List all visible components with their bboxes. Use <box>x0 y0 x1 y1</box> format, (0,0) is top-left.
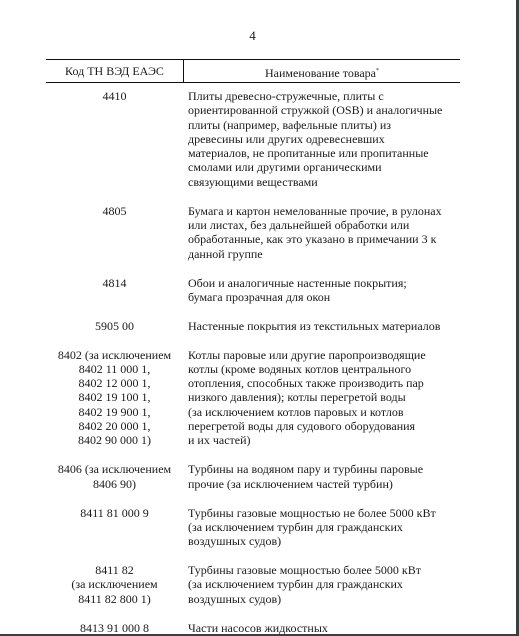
goods-description-line: материалов, не пропитанные или пропитанн… <box>188 146 460 160</box>
goods-description-line: Обои и аналогичные настенные покрытия; <box>188 276 460 290</box>
goods-description-line: Турбины газовые мощностью более 5000 кВт <box>188 563 460 577</box>
goods-description-line: Турбины газовые мощностью не более 5000 … <box>188 506 460 520</box>
goods-description: Настенные покрытия из текстильных матери… <box>188 319 460 333</box>
hs-code-line: (за исключением <box>46 577 183 591</box>
goods-description-line: связующими веществами <box>188 175 460 189</box>
table-header: Код ТН ВЭД ЕАЭС Наименование товара* <box>46 59 460 83</box>
goods-description-line: отопления, способных также производить п… <box>188 376 460 390</box>
goods-description-line: Турбины на водяном пару и турбины паровы… <box>188 462 460 476</box>
hs-code: 8413 91 000 8 <box>46 621 183 635</box>
goods-description: Части насосов жидкостных <box>188 621 460 635</box>
hs-code-line: 4410 <box>46 89 183 103</box>
goods-description-line: бумага прозрачная для окон <box>188 290 460 304</box>
hs-code: 4410 <box>46 89 183 103</box>
goods-description-line: (за исключением турбин для гражданских <box>188 520 460 534</box>
hs-code-line: 8411 82 <box>46 563 183 577</box>
hs-code: 8411 81 000 9 <box>46 506 183 520</box>
goods-description-line: смолами или другими органическими <box>188 160 460 174</box>
goods-description: Бумага и картон немелованные прочие, в р… <box>188 204 460 261</box>
goods-description-line: Настенные покрытия из текстильных матери… <box>188 319 460 333</box>
goods-description-line: котлы (кроме водяных котлов центрального <box>188 362 460 376</box>
goods-description-line: (за исключением турбин для гражданских <box>188 577 460 591</box>
goods-description: Турбины газовые мощностью более 5000 кВт… <box>188 563 460 606</box>
goods-description-line: Части насосов жидкостных <box>188 621 460 635</box>
goods-description-line: или листах, без дальнейшей обработки или <box>188 218 460 232</box>
hs-code-line: 4805 <box>46 204 183 218</box>
hs-code-line: 8406 (за исключением <box>46 462 183 476</box>
goods-description-line: перегретой воды для судового оборудовани… <box>188 419 460 433</box>
hs-code-line: 8402 20 000 1, <box>46 419 183 433</box>
goods-description: Котлы паровые или другие паропроизводящи… <box>188 348 460 448</box>
header-name: Наименование товара* <box>184 60 460 82</box>
hs-code-line: 8402 12 000 1, <box>46 376 183 390</box>
hs-code-line: 8406 90) <box>46 477 183 491</box>
goods-description-line: и их частей) <box>188 433 460 447</box>
hs-code-line: 8411 81 000 9 <box>46 506 183 520</box>
goods-description-line: древесины или других одревесневших <box>188 132 460 146</box>
footnote-mark: * <box>376 68 379 74</box>
goods-description: Плиты древесно-стружечные, плиты сориент… <box>188 89 460 189</box>
hs-code-line: 8413 91 000 8 <box>46 621 183 635</box>
page-number: 4 <box>0 28 505 44</box>
hs-code-line: 5905 00 <box>46 319 183 333</box>
goods-description-line: низкого давления); котлы перегретой воды <box>188 390 460 404</box>
hs-code-line: 8411 82 800 1) <box>46 592 183 606</box>
hs-code: 4805 <box>46 204 183 218</box>
hs-code-line: 8402 19 900 1, <box>46 405 183 419</box>
goods-description-line: Котлы паровые или другие паропроизводящи… <box>188 348 460 362</box>
hs-code-line: 8402 19 100 1, <box>46 390 183 404</box>
goods-description-line: ориентированной стружкой (OSB) и аналоги… <box>188 103 460 117</box>
hs-code-line: 8402 11 000 1, <box>46 362 183 376</box>
hs-code-line: 4814 <box>46 276 183 290</box>
goods-description: Обои и аналогичные настенные покрытия;бу… <box>188 276 460 305</box>
hs-code: 8406 (за исключением8406 90) <box>46 462 183 491</box>
goods-description: Турбины газовые мощностью не более 5000 … <box>188 506 460 549</box>
goods-description-line: (за исключением котлов паровых и котлов <box>188 405 460 419</box>
hs-code-line: 8402 90 000 1) <box>46 433 183 447</box>
hs-code: 8411 82(за исключением8411 82 800 1) <box>46 563 183 606</box>
goods-description-line: воздушных судов) <box>188 534 460 548</box>
goods-description-line: обработанные, как это указано в примечан… <box>188 232 460 246</box>
goods-description-line: данной группе <box>188 247 460 261</box>
hs-code: 4814 <box>46 276 183 290</box>
hs-code: 5905 00 <box>46 319 183 333</box>
goods-description-line: прочие (за исключением частей турбин) <box>188 477 460 491</box>
hs-code: 8402 (за исключением8402 11 000 1,8402 1… <box>46 348 183 448</box>
goods-description-line: Плиты древесно-стружечные, плиты с <box>188 89 460 103</box>
goods-table: Код ТН ВЭД ЕАЭС Наименование товара* 441… <box>46 59 460 83</box>
header-code: Код ТН ВЭД ЕАЭС <box>46 60 184 82</box>
goods-description-line: плиты (например, вафельные плиты) из <box>188 118 460 132</box>
goods-description-line: воздушных судов) <box>188 592 460 606</box>
hs-code-line: 8402 (за исключением <box>46 348 183 362</box>
header-name-text: Наименование товара <box>265 66 376 80</box>
goods-description: Турбины на водяном пару и турбины паровы… <box>188 462 460 491</box>
goods-description-line: Бумага и картон немелованные прочие, в р… <box>188 204 460 218</box>
